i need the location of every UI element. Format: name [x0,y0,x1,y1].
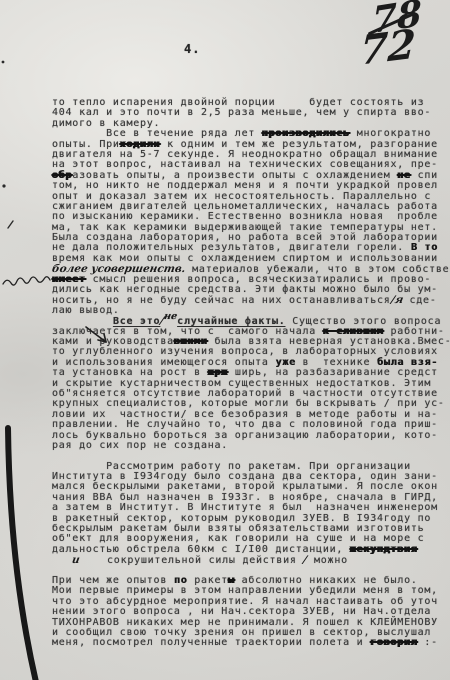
typed-text: и скрытие кустарничеством существенных н… [52,378,431,389]
typed-line: и сокрушительной силы действия / можно [52,555,448,565]
typed-line: дальностью обстрела 60км с I/I00 дистанц… [52,545,448,555]
typed-text: можно [307,555,348,566]
overtyped-text: В то [411,242,438,253]
typed-text: меня, посмотрел полученные траектории по… [52,637,370,648]
typed-text: на этот вопрос, настаивал на технических… [52,159,438,170]
typed-text: Была создана лаборатория, но работа всей… [52,232,438,243]
typed-text: опыты. При [52,139,120,150]
typed-text: двигателя на 5-7 секунде. Я неоднократно… [52,149,438,160]
struck-text: к слившим [323,326,384,337]
document-page: 78 72 4. то тепло испарения двойной порц… [0,0,450,680]
typed-text: по изысканию керамики. Естественно возни… [52,211,438,222]
typed-text: :- [418,637,438,648]
scan-edge-shadow [8,428,36,680]
typed-line: лаю вывод. [52,306,448,316]
typed-text: то углубленного изучения вопроса, в лабо… [52,346,438,357]
struck-text: ходили [120,139,161,150]
typed-text: не дала положительных результатов, двига… [52,242,411,253]
typed-text: ширь, на разбазаривание средст [228,367,438,378]
struck-text: имеет [52,274,86,285]
typed-text: Все в течение ряда лет [52,128,262,139]
typed-text: многократно [350,128,431,139]
typed-text: лось буквально бороться за организацию л… [52,430,438,441]
typed-text: дились как негодные средства. Эти факты … [52,284,438,295]
typed-line: рая до сих пор не создана. [52,441,448,451]
typed-text: и сообщил свою точку зрения он пришел в … [52,627,431,638]
handwritten-insert: более усовершенств. [51,264,186,274]
typed-text: об"ект для вооружения, как говорили на с… [52,533,424,544]
typed-text: 404 кал и это почти в 2,5 раза меньше, ч… [52,107,431,118]
typed-text: та установка на рост в [52,367,208,378]
typed-text: лаю вывод. [52,305,120,316]
typed-text: мался бескрылыми ракетами, второй крылат… [52,481,438,492]
typed-text: сде- [403,295,437,306]
typed-text: смысл решения вопроса, всяческизатиралис… [86,274,431,285]
typed-text: опыт и доказал затем их несостоятельност… [52,191,431,202]
typed-text: том, но никто не поддержал меня и я почт… [52,180,438,191]
typed-text: Мои первые примеры в этом направлении уб… [52,585,438,596]
struck-text: жекупдтвия [350,544,418,555]
ink-speck [2,184,5,187]
typed-text: правлении. Не случайно то, что два с пол… [52,419,438,430]
ink-speck [2,61,5,64]
page-number: 4. [184,42,200,56]
typed-text: заключается в том, что с самого начала [52,326,323,337]
typed-text: рая до сих пор не создана. [52,440,228,451]
handwritten-insert: не [163,312,178,322]
typed-line: дились как негодные средства. Эти факты … [52,285,448,295]
handwritten-number: 72 [359,20,417,74]
margin-handwriting-scribble [3,277,50,285]
typed-line: меня, посмотрел полученные траектории по… [52,638,448,648]
typed-text: работни- [384,326,445,337]
typed-text-block: то тепло испарения двойной порции будет … [52,98,448,649]
struck-text: говорил [370,637,417,648]
struck-text: жрж [208,367,228,378]
handwritten-insert: /я [390,295,404,305]
typed-text: ТИХОНРАВОВ никаких мер не принимали. Я п… [52,617,438,628]
struck-text: производились [262,128,350,139]
typed-text: нении этого вопроса , ни Нач.сектора ЗУЕ… [52,606,431,617]
typed-text: в ракетный сектор, которым руководил ЗУЕ… [52,513,431,524]
typed-text: сокрушительной силы действия [80,555,303,566]
typed-text: крупных специалистов, которые могли бы в… [52,398,445,409]
typed-text: а затем в Институт. В Институте я был на… [52,502,438,513]
typed-text: к одним и тем же результатом, разгорание [160,139,438,150]
ink-speck [8,221,13,228]
